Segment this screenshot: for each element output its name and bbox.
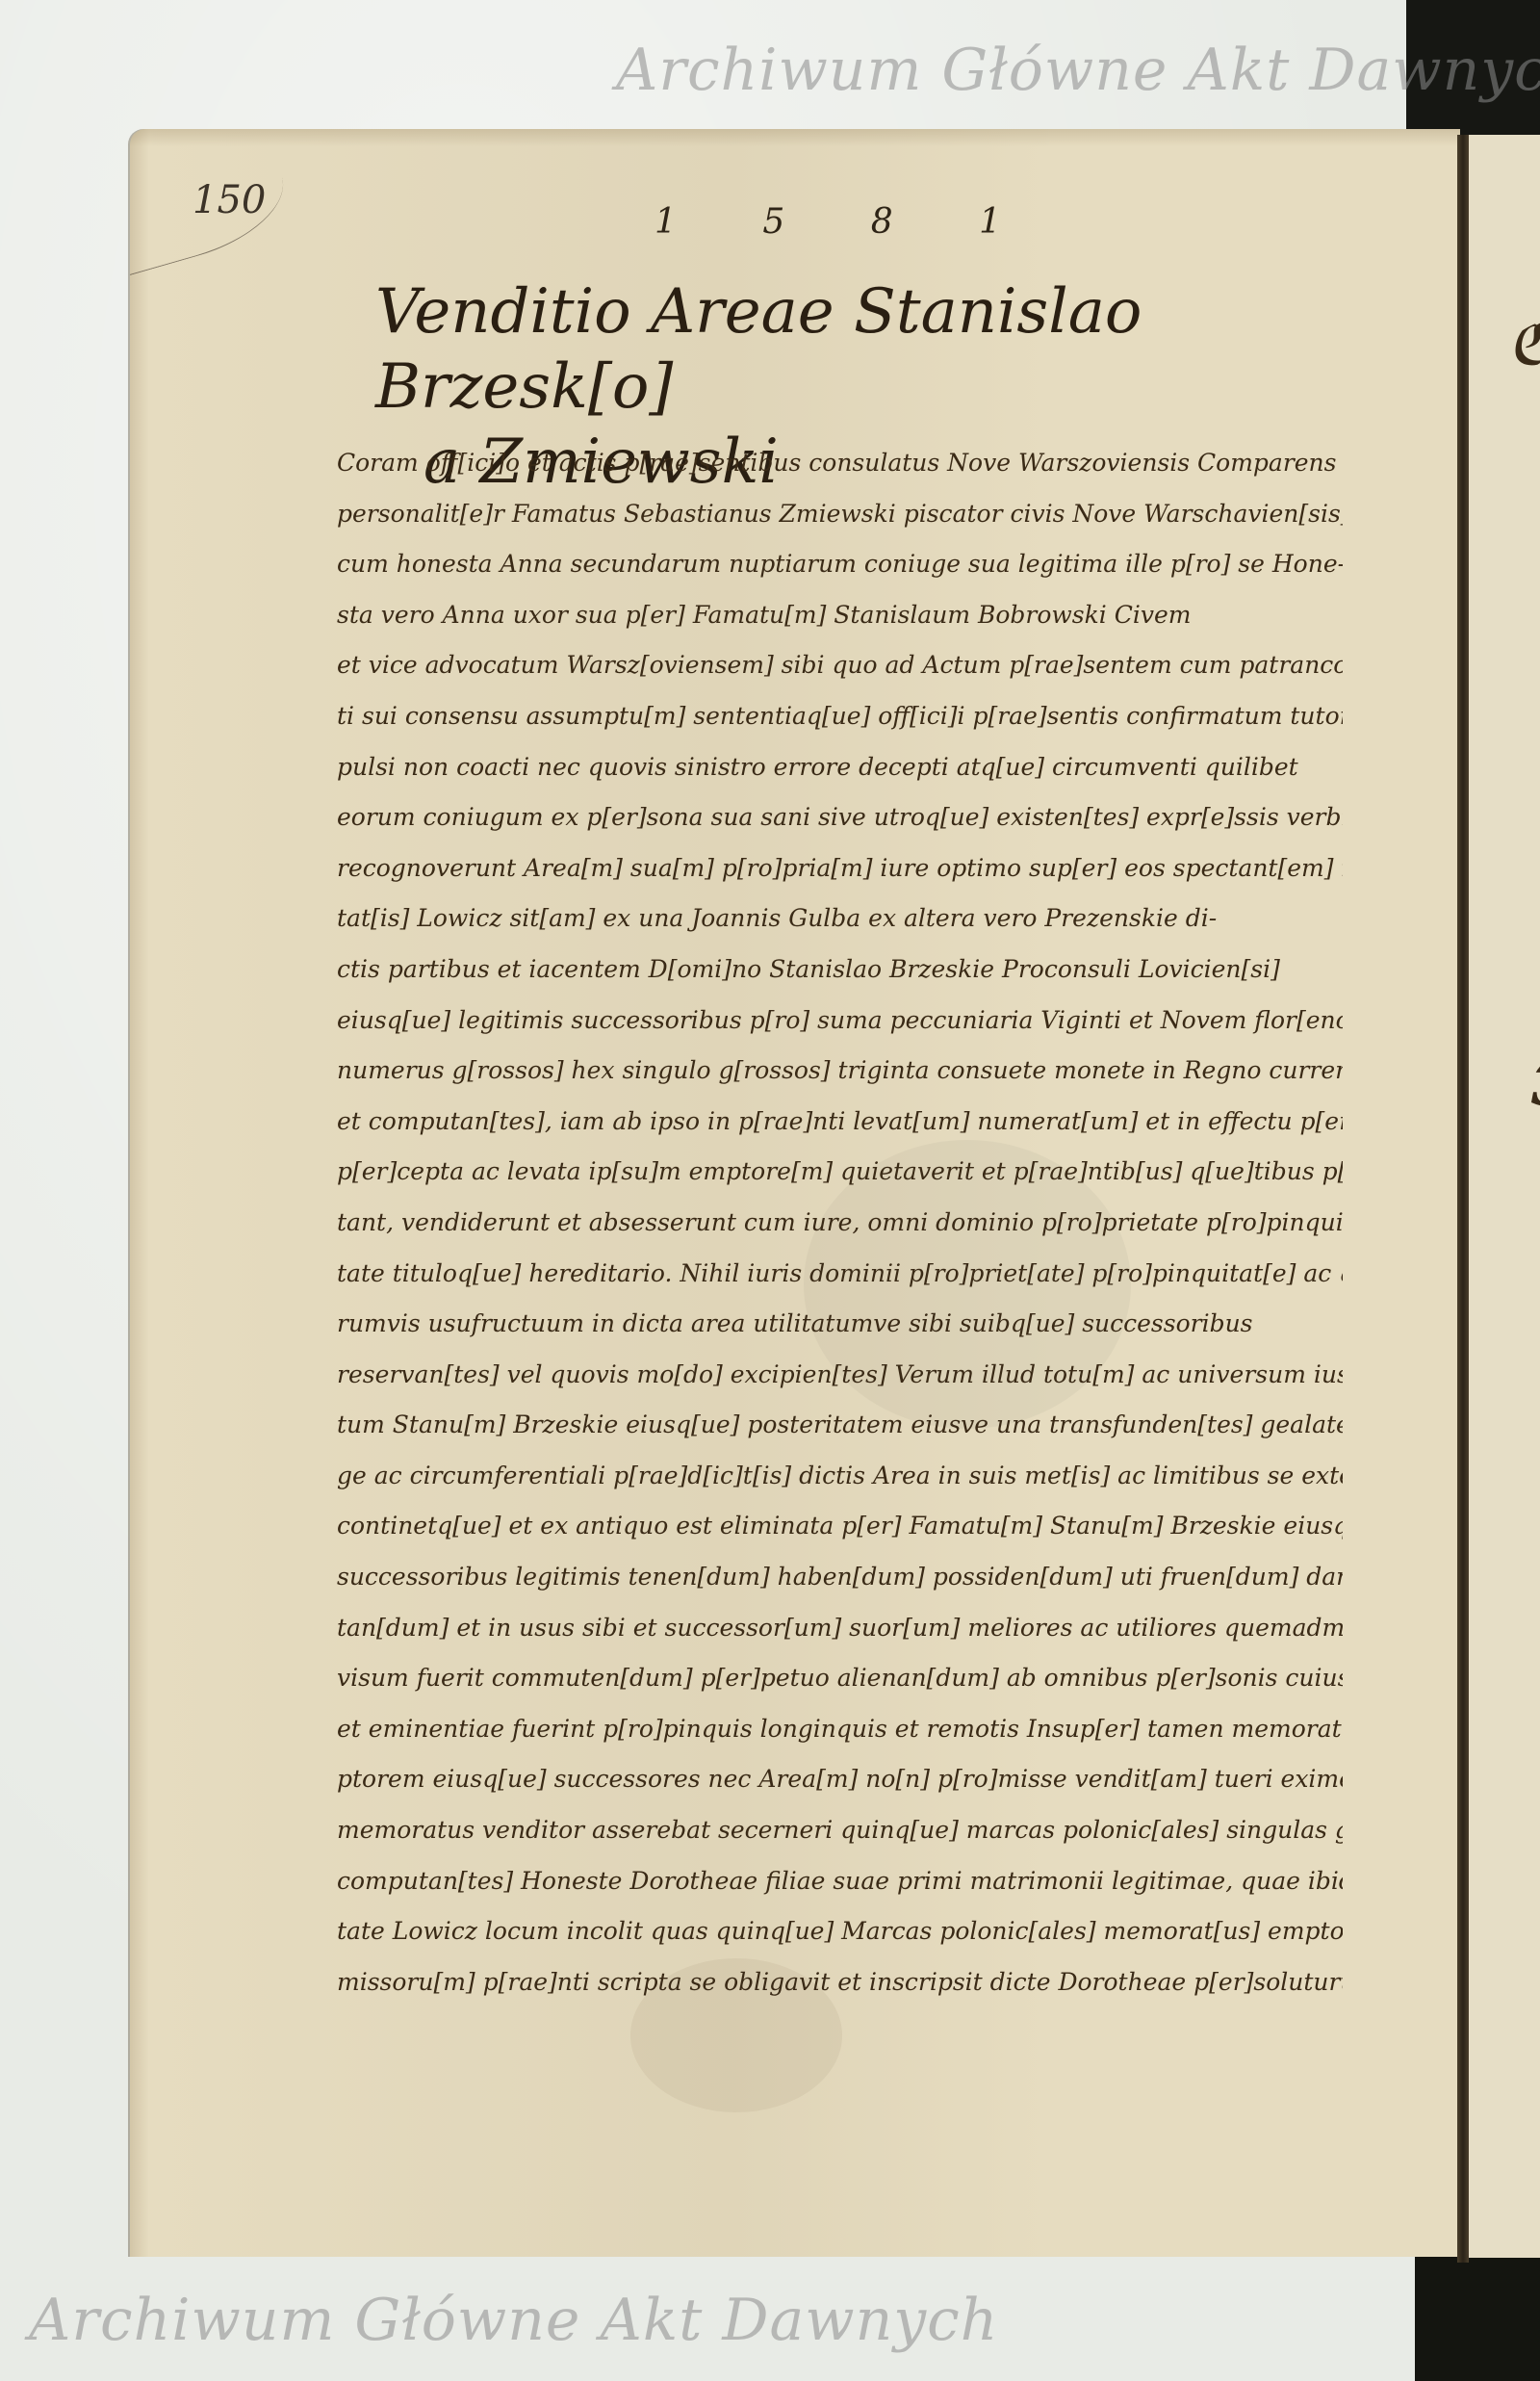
manuscript-line: numerus g[rossos] hex singulo g[rossos] … [337, 1046, 1343, 1097]
manuscript-line: tan[dum] et in usus sibi et successor[um… [337, 1603, 1343, 1654]
manuscript-line: tant, vendiderunt et absesserunt cum iur… [337, 1198, 1343, 1249]
manuscript-line: missoru[m] p[rae]nti scripta se obligavi… [337, 1957, 1343, 2008]
manuscript-line: visum fuerit commuten[dum] p[er]petuo al… [337, 1653, 1343, 1704]
manuscript-line: cum honesta Anna secundarum nuptiarum co… [337, 539, 1343, 590]
manuscript-line: ge ac circumferentiali p[rae]d[ic]t[is] … [337, 1451, 1343, 1502]
manuscript-line: ptorem eiusq[ue] successores nec Area[m]… [337, 1754, 1343, 1805]
manuscript-line: recognoverunt Area[m] sua[m] p[ro]pria[m… [337, 843, 1343, 894]
book-gutter [1457, 135, 1469, 2263]
manuscript-line: ti sui consensu assumptu[m] sententiaq[u… [337, 691, 1343, 742]
manuscript-line: successoribus legitimis tenen[dum] haben… [337, 1552, 1343, 1603]
manuscript-line: p[er]cepta ac levata ip[su]m emptore[m] … [337, 1147, 1343, 1198]
adjacent-page-ink-mark: Ɔ [1530, 1049, 1540, 1121]
manuscript-line: reservan[tes] vel quovis mo[do] excipien… [337, 1350, 1343, 1401]
scan-border-bottom-right [1415, 2256, 1540, 2381]
title-line: Venditio Areae Stanislao Brzesk[o] [375, 274, 1299, 425]
manuscript-line: pulsi non coacti nec quovis sinistro err… [337, 742, 1343, 793]
manuscript-line: ctis partibus et iacentem D[omi]no Stani… [337, 945, 1343, 996]
adjacent-page-ink-mark: ℭ [1507, 308, 1540, 379]
manuscript-line: eorum coniugum ex p[er]sona sua sani siv… [337, 792, 1343, 843]
manuscript-line: sta vero Anna uxor sua p[er] Famatu[m] S… [337, 590, 1343, 641]
manuscript-line: tate tituloq[ue] hereditario. Nihil iuri… [337, 1249, 1343, 1300]
watermark-bottom: Archiwum Główne Akt Dawnych [29, 2287, 998, 2354]
manuscript-line: tat[is] Lowicz sit[am] ex una Joannis Gu… [337, 893, 1343, 945]
manuscript-line: computan[tes] Honeste Dorotheae filiae s… [337, 1856, 1343, 1907]
manuscript-body: Coram off[ici]o et actis p[rae]sentibus … [337, 438, 1343, 2007]
manuscript-line: memoratus venditor asserebat secerneri q… [337, 1805, 1343, 1856]
manuscript-line: Coram off[ici]o et actis p[rae]sentibus … [337, 438, 1343, 489]
manuscript-line: rumvis usufructuum in dicta area utilita… [337, 1299, 1343, 1350]
adjacent-page-edge: ℭ Ɔ [1469, 135, 1540, 2258]
manuscript-line: et vice advocatum Warsz[oviensem] sibi q… [337, 640, 1343, 691]
manuscript-line: continetq[ue] et ex antiquo est eliminat… [337, 1501, 1343, 1552]
year-digit: 1 [654, 202, 677, 242]
manuscript-line: eiusq[ue] legitimis successoribus p[ro] … [337, 996, 1343, 1047]
manuscript-line: tate Lowicz locum incolit quas quinq[ue]… [337, 1906, 1343, 1957]
year-digit: 5 [762, 202, 784, 242]
year-digit: 1 [979, 202, 1001, 242]
year-digit: 8 [871, 202, 893, 242]
manuscript-line: tum Stanu[m] Brzeskie eiusq[ue] posterit… [337, 1400, 1343, 1451]
year-heading: 1 5 8 1 [654, 202, 1001, 242]
manuscript-line: et computan[tes], iam ab ipso in p[rae]n… [337, 1097, 1343, 1148]
manuscript-line: et eminentiae fuerint p[ro]pinquis longi… [337, 1704, 1343, 1755]
manuscript-line: personalit[e]r Famatus Sebastianus Zmiew… [337, 489, 1343, 540]
watermark-top: Archiwum Główne Akt Dawnych [616, 37, 1540, 104]
folio-number: 150 [192, 178, 266, 222]
